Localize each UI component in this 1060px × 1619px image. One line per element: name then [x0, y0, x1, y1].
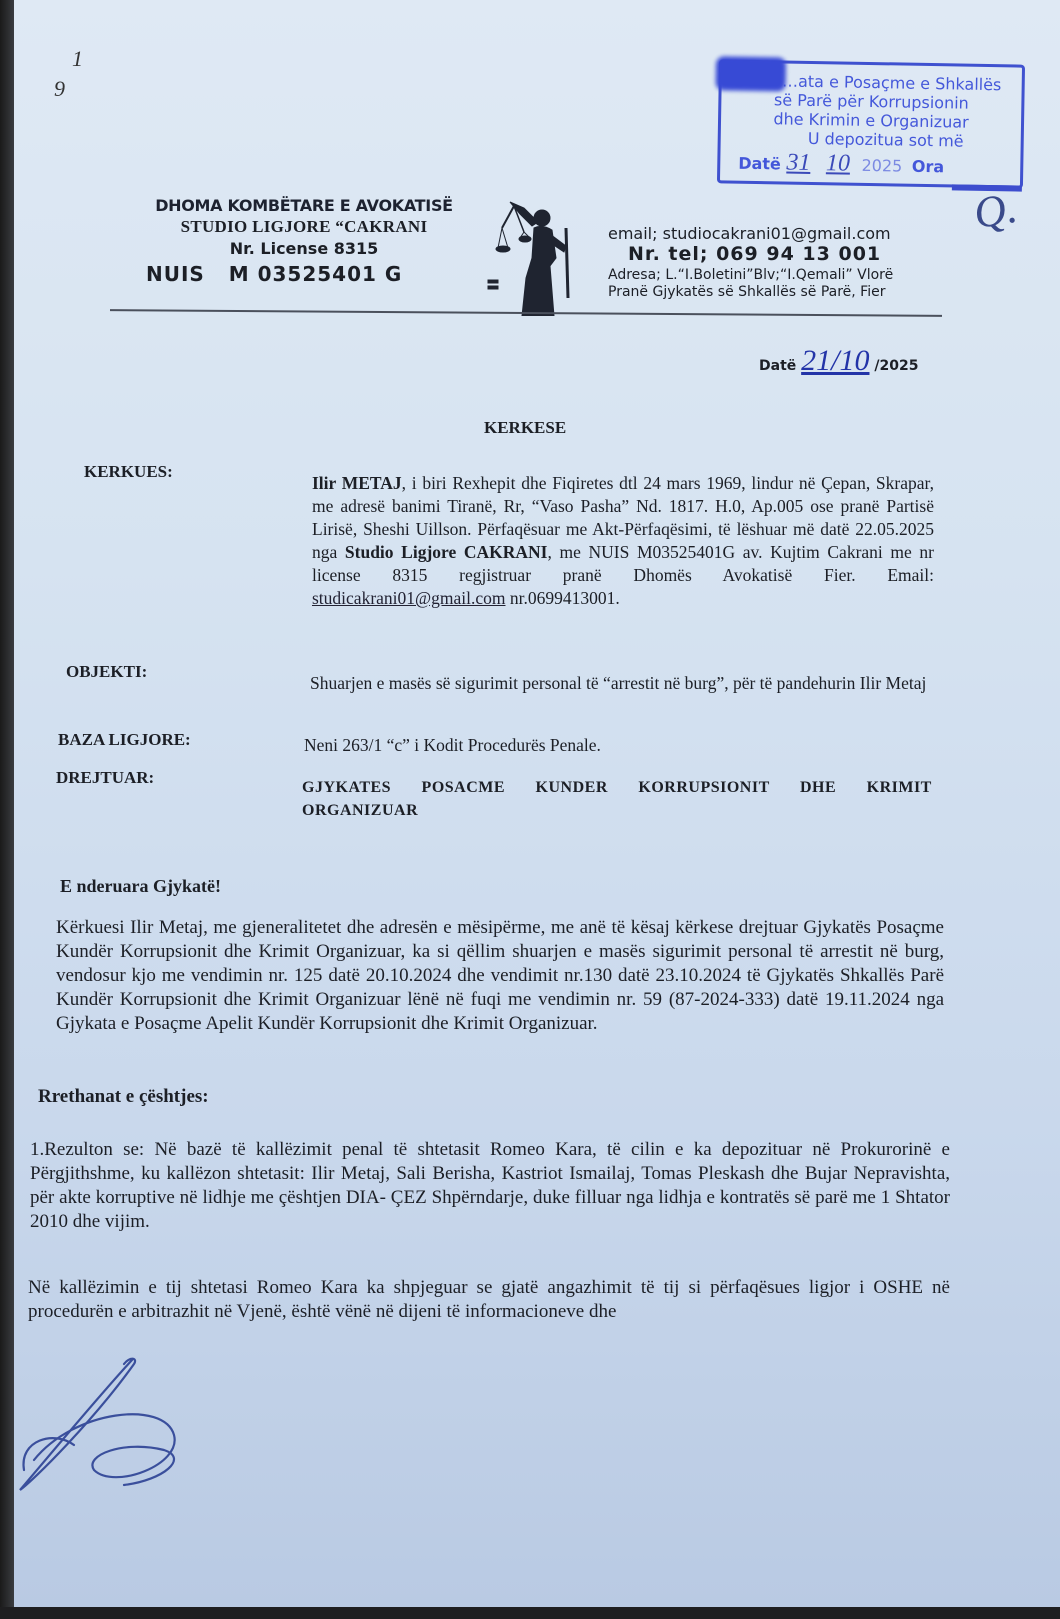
ink-blot [716, 56, 787, 91]
stamp-date-label: Datë [738, 154, 781, 174]
bar-chamber-name: DHOMA KOMBËTARE E AVOKATISË [124, 196, 484, 215]
license-number: Nr. License 8315 [124, 239, 484, 258]
stamp-date-row: Datë 31 10 2025 Ora [720, 148, 1020, 180]
handwritten-initials: Q. [970, 182, 1021, 240]
handwritten-signature [14, 1340, 224, 1500]
paragraph-circumstances-1: 1.Rezulton se: Në bazë të kallëzimit pen… [30, 1138, 950, 1234]
requester-email-link[interactable]: studicakrani01@gmail.com [312, 588, 506, 608]
margin-mark: 1 [72, 46, 83, 72]
document-date: Datë 21/10 /2025 [759, 344, 918, 378]
lady-justice-icon [480, 188, 580, 316]
objekti-value: Shuarjen e masës së sigurimit personal t… [310, 672, 934, 695]
drejtuar-label: DREJTUAR: [56, 768, 154, 788]
document-page: 1 9 …ata e Posaçme e Shkallës së Parë pë… [14, 0, 1060, 1607]
date-year: /2025 [874, 358, 918, 374]
section-heading: Rrethanat e çështjes: [38, 1086, 209, 1108]
margin-mark: 9 [54, 76, 65, 102]
handwritten-date: 21/10 [801, 344, 869, 377]
paragraph-circumstances-2: Në kallëzimin e tij shtetasi Romeo Kara … [28, 1276, 950, 1324]
photo-edge-shadow [0, 0, 14, 1619]
stamp-year: 2025 [861, 156, 902, 176]
studio-address-2: Pranë Gjykatës së Shkallës së Parë, Fier [608, 284, 938, 300]
document-title: KERKESE [484, 418, 566, 438]
studio-phone: Nr. tel; 069 94 13 001 [628, 243, 938, 265]
studio-email: email; studiocakrani01@gmail.com [608, 224, 938, 243]
stamp-line: U depozitua sot më [721, 127, 1021, 151]
requester-phone: nr.0699413001. [506, 588, 620, 608]
greeting: E nderuara Gjykatë! [60, 876, 221, 897]
requester-name: Ilir METAJ [312, 473, 402, 493]
baza-ligjore-label: BAZA LIGJORE: [58, 730, 191, 750]
studio-address: Adresa; L.“I.Boletini”Blv;“I.Qemali” Vlo… [608, 267, 938, 283]
kerkues-value: Ilir METAJ, i biri Rexhepit dhe Fiqirete… [312, 472, 934, 610]
photo-bottom-shadow [0, 1607, 1060, 1619]
paragraph-intro: Kërkuesi Ilir Metaj, me gjeneralitetet d… [56, 916, 944, 1036]
representing-studio: Studio Ligjore CAKRANI [345, 542, 548, 562]
baza-ligjore-value: Neni 263/1 “c” i Kodit Procedurës Penale… [304, 734, 928, 757]
drejtuar-value: GJYKATES POSACME KUNDER KORRUPSIONIT DHE… [302, 776, 942, 822]
stamp-month: 10 [826, 150, 850, 176]
letterhead-right: email; studiocakrani01@gmail.com Nr. tel… [608, 224, 938, 300]
stamp-day: 31 [786, 150, 810, 176]
court-deposit-stamp: …ata e Posaçme e Shkallës së Parë për Ko… [717, 59, 1025, 188]
date-label: Datë [759, 358, 796, 374]
studio-name: STUDIO LIGJORE “CAKRANI [124, 217, 484, 237]
objekti-label: OBJEKTI: [66, 662, 147, 682]
kerkues-label: KERKUES: [84, 462, 173, 482]
nuis-number: NUIS M 03525401 G [124, 262, 484, 286]
letterhead-left: DHOMA KOMBËTARE E AVOKATISË STUDIO LIGJO… [124, 196, 484, 286]
stamp-time-label: Ora [912, 157, 945, 177]
